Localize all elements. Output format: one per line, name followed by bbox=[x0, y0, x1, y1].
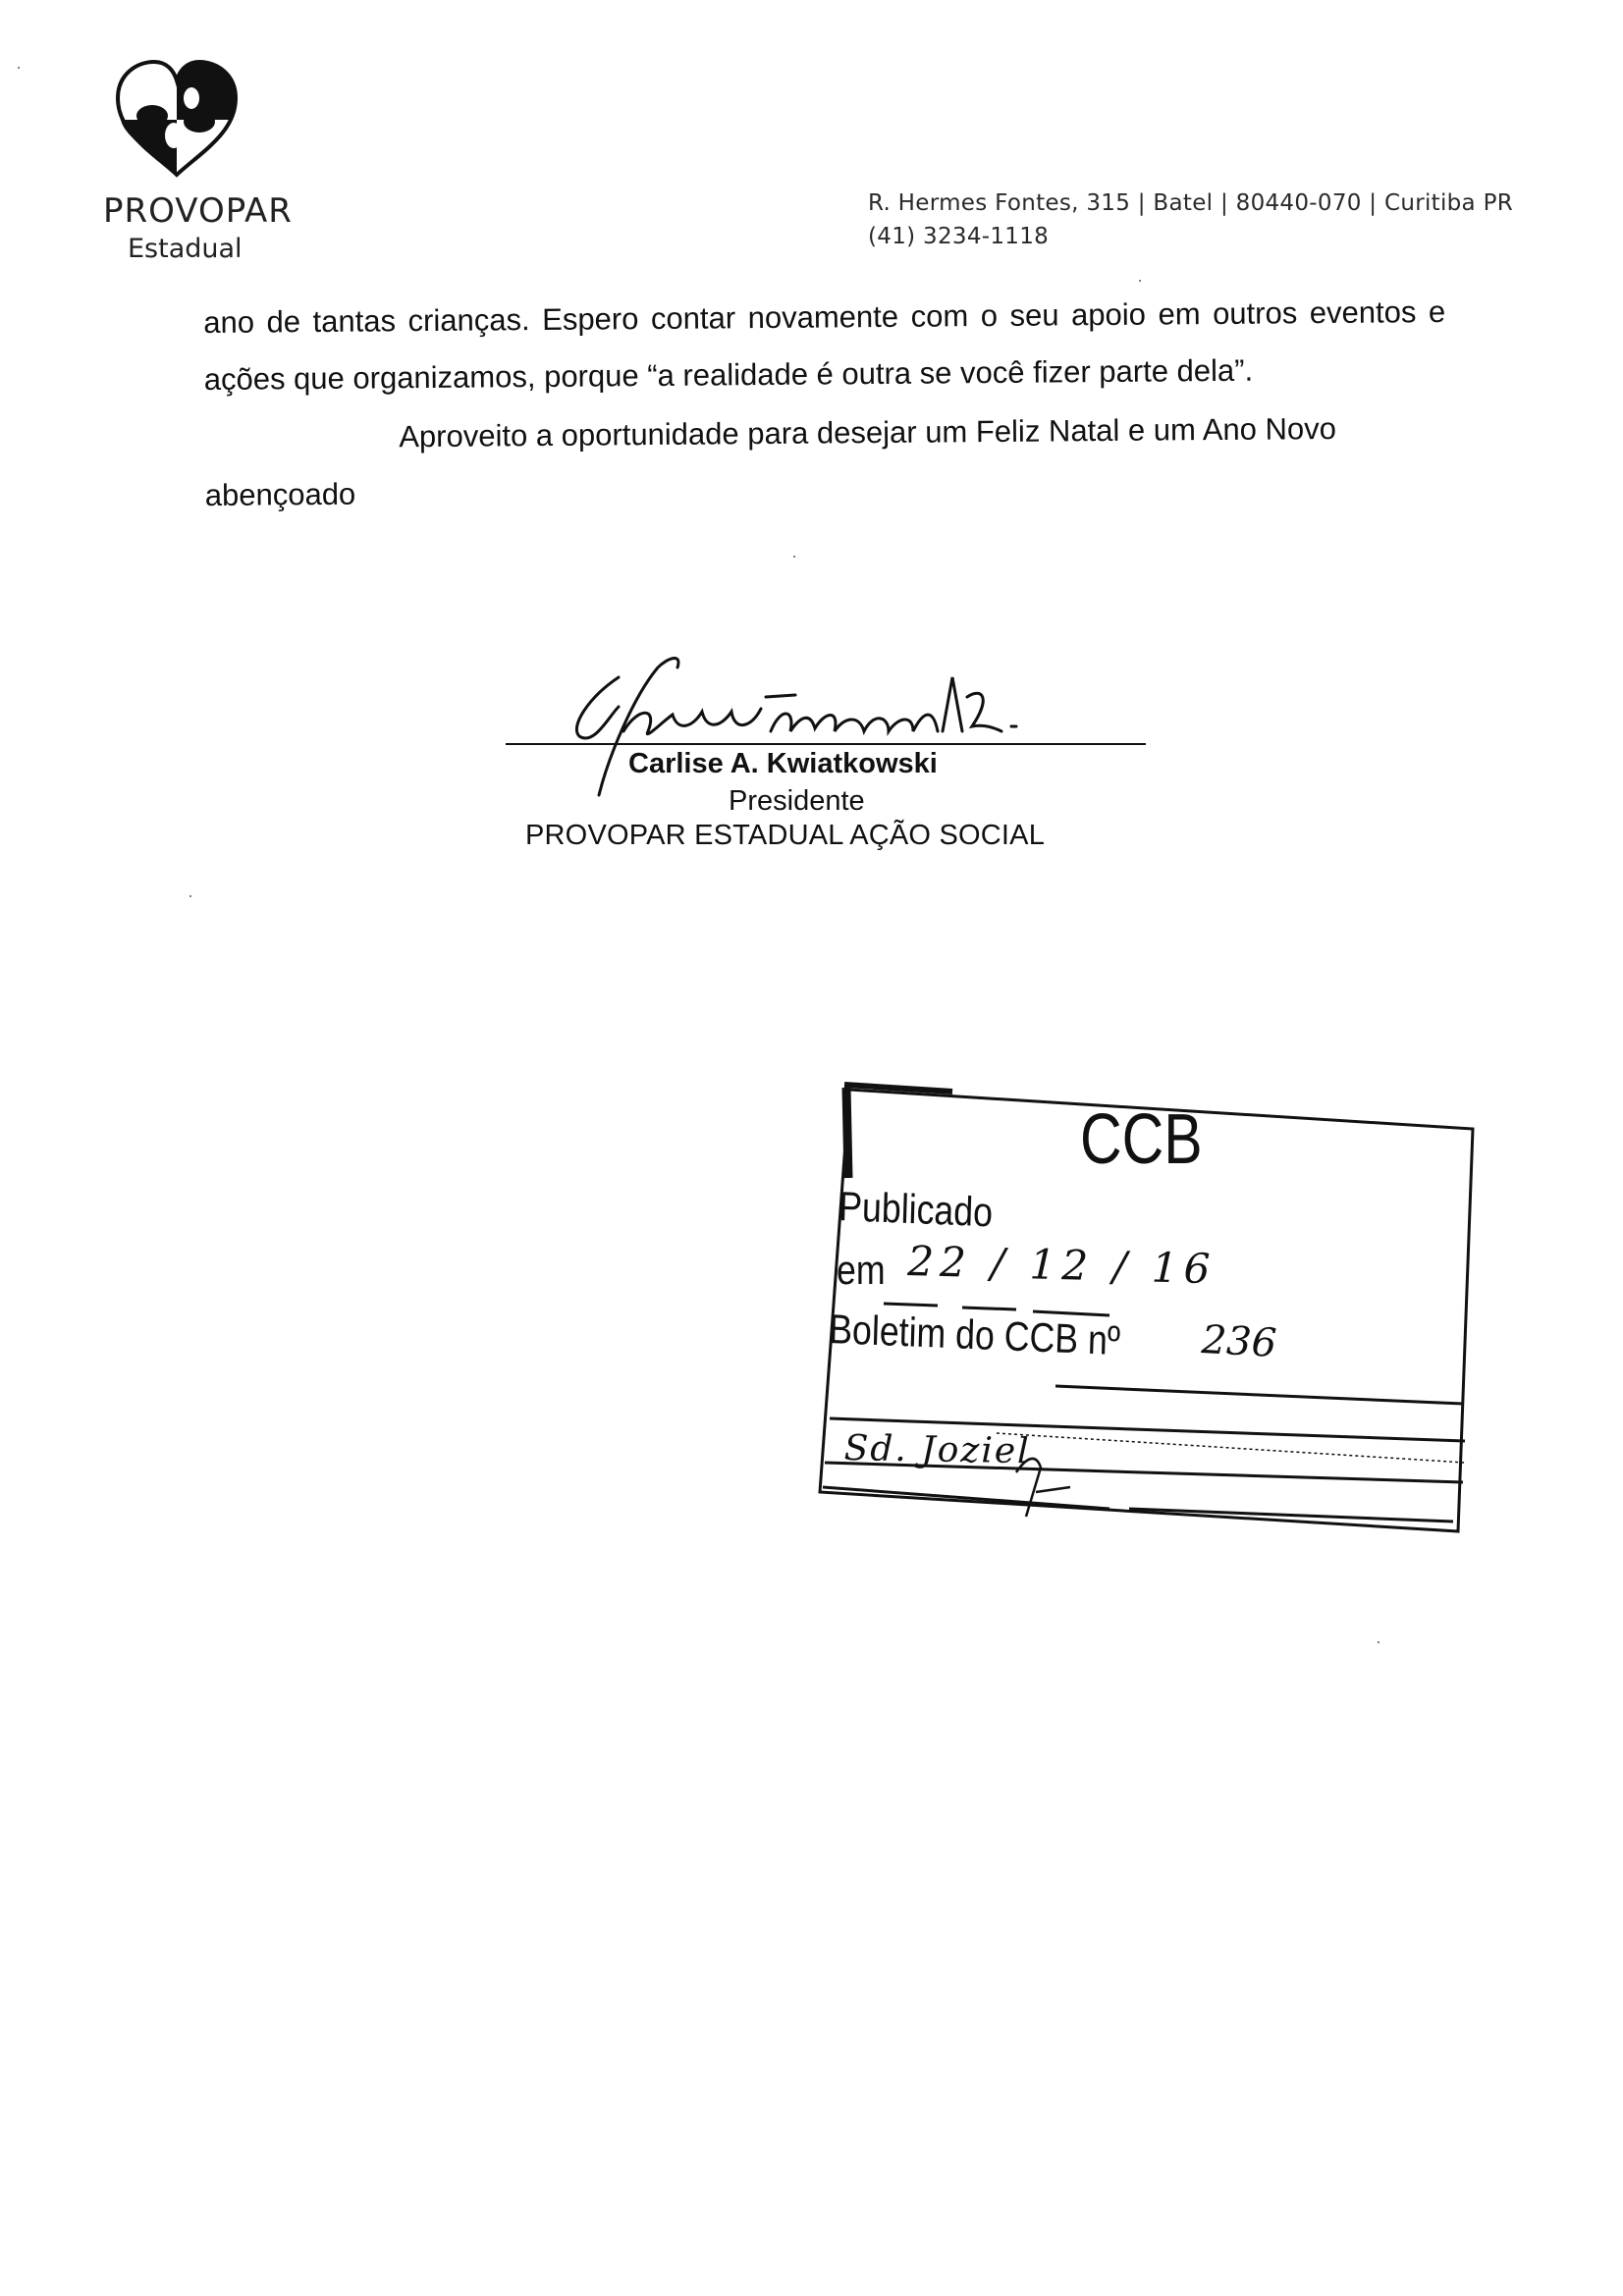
phone-line: (41) 3234-1118 bbox=[868, 220, 1513, 253]
provopar-logo: PROVOPAR Estadual bbox=[103, 59, 299, 275]
stamp-signed-by: Sd. Joziel bbox=[843, 1428, 1031, 1471]
stamp-date-prefix: em bbox=[837, 1247, 886, 1294]
stamp-bulletin-number: 236 bbox=[1201, 1317, 1278, 1366]
letter-body: ano de tantas crianças. Espero contar no… bbox=[203, 284, 1447, 524]
stamp-date: 22 / 12 / 16 bbox=[907, 1237, 1217, 1293]
stamp-title: CCB bbox=[1080, 1099, 1203, 1180]
ccb-publication-stamp: CCB Publicado em 22 / 12 / 16 Boletim do… bbox=[815, 1070, 1483, 1541]
signatory-name: Carlise A. Kwiatkowski bbox=[628, 748, 938, 780]
signatory-role: Presidente bbox=[729, 785, 865, 818]
body-paragraph-3: abençoado bbox=[205, 456, 1447, 524]
stamp-published-label: Publicado bbox=[839, 1183, 994, 1236]
document-page: PROVOPAR Estadual R. Hermes Fontes, 315 … bbox=[0, 0, 1623, 2296]
body-paragraph-2: Aproveito a oportunidade para desejar um… bbox=[204, 400, 1446, 467]
scan-speck bbox=[189, 895, 191, 897]
signature-line bbox=[506, 743, 1146, 745]
logo-name: PROVOPAR bbox=[103, 191, 299, 231]
address-line: R. Hermes Fontes, 315 | Batel | 80440-07… bbox=[868, 187, 1513, 220]
signature-block: Carlise A. Kwiatkowski Presidente PROVOP… bbox=[501, 638, 1188, 864]
scan-speck bbox=[1139, 280, 1141, 282]
body-paragraph-1: ano de tantas crianças. Espero contar no… bbox=[203, 284, 1446, 408]
scan-speck bbox=[1378, 1641, 1380, 1643]
puzzle-heart-icon bbox=[113, 59, 241, 182]
scan-speck bbox=[793, 556, 795, 558]
logo-subtitle: Estadual bbox=[128, 234, 243, 264]
address-block: R. Hermes Fontes, 315 | Batel | 80440-07… bbox=[868, 187, 1513, 253]
signatory-organization: PROVOPAR ESTADUAL AÇÃO SOCIAL bbox=[525, 820, 1045, 852]
scan-speck bbox=[18, 67, 20, 69]
